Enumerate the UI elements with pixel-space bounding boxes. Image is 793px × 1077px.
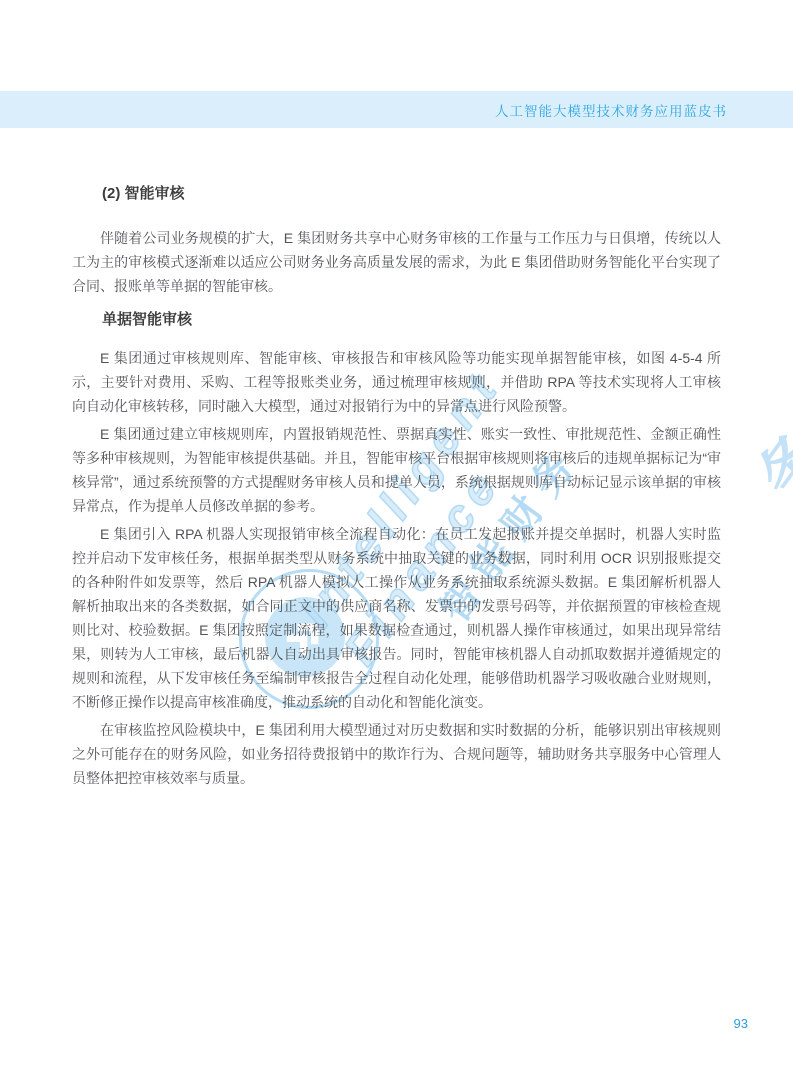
watermark-edge-fragment: 务 (734, 411, 793, 513)
document-page: 人工智能大模型技术财务应用蓝皮书 Intelligent Finance 智能财… (0, 0, 793, 1077)
paragraph: E 集团引入 RPA 机器人实现报销审核全流程自动化：在员工发起报账并提交单据时… (72, 522, 721, 714)
paragraph: E 集团通过建立审核规则库，内置报销规范性、票据真实性、账实一致性、审批规范性、… (72, 422, 721, 518)
paragraph-intro: 伴随着公司业务规模的扩大，E 集团财务共享中心财务审核的工作量与工作压力与日俱增… (72, 226, 721, 298)
document-title: 人工智能大模型技术财务应用蓝皮书 (495, 100, 727, 120)
paragraph: E 集团通过审核规则库、智能审核、审核报告和审核风险等功能实现单据智能审核，如图… (72, 346, 721, 418)
paragraph: 在审核监控风险模块中，E 集团利用大模型通过对历史数据和实时数据的分析，能够识别… (72, 718, 721, 790)
subsection-heading: 单据智能审核 (102, 310, 721, 330)
section-heading: (2) 智能审核 (102, 184, 721, 204)
page-body: (2) 智能审核 伴随着公司业务规模的扩大，E 集团财务共享中心财务审核的工作量… (72, 184, 721, 794)
page-number: 93 (734, 1016, 748, 1031)
page-header-band: 人工智能大模型技术财务应用蓝皮书 (0, 91, 793, 128)
